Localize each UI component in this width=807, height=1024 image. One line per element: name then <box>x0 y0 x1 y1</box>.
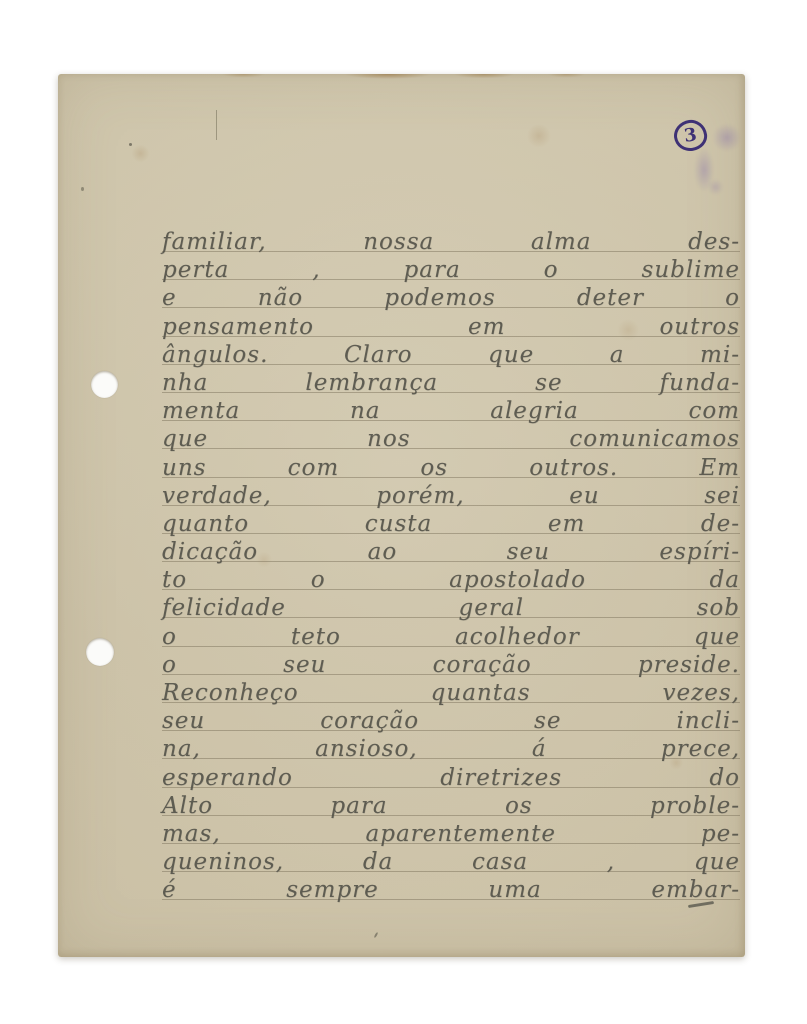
manuscript-line: o seu coração preside. <box>162 651 740 679</box>
manuscript-line: dicação ao seu espíri- <box>162 538 740 566</box>
manuscript-line: e não podemos deter o <box>162 284 740 312</box>
manuscript-line: na, ansioso, á prece, <box>162 735 740 763</box>
paper-speck <box>129 143 132 146</box>
scan-background: 3 familiar, nossa alma des- perta , para… <box>0 0 807 1024</box>
page-number-stamp: 3 <box>658 99 768 209</box>
manuscript-line: Alto para os proble- <box>162 792 740 820</box>
pencil-crease-mark <box>216 110 217 140</box>
manuscript-line: queninos, da casa , que <box>162 848 740 876</box>
manuscript-line: que nos comunicamos <box>162 425 740 453</box>
page-number: 3 <box>683 124 698 147</box>
paper-speck <box>81 187 84 191</box>
punch-hole-bottom <box>86 638 114 666</box>
handwritten-text: familiar, nossa alma des- perta , para o… <box>162 228 740 905</box>
pencil-tick-mark <box>374 932 379 938</box>
manuscript-line: verdade, porém, eu sei <box>162 482 740 510</box>
manuscript-page: 3 familiar, nossa alma des- perta , para… <box>58 74 745 957</box>
manuscript-line: é sempre uma embar- <box>162 876 740 904</box>
manuscript-line: felicidade geral sob <box>162 594 740 622</box>
manuscript-line: mas, aparentemente pe- <box>162 820 740 848</box>
manuscript-line: quanto custa em de- <box>162 510 740 538</box>
manuscript-line: o teto acolhedor que <box>162 623 740 651</box>
manuscript-line: pensamento em outros <box>162 313 740 341</box>
manuscript-line: familiar, nossa alma des- <box>162 228 740 256</box>
manuscript-line: Reconheço quantas vezes, <box>162 679 740 707</box>
manuscript-line: uns com os outros. Em <box>162 454 740 482</box>
manuscript-line: esperando diretrizes do <box>162 764 740 792</box>
manuscript-line: ângulos. Claro que a mi- <box>162 341 740 369</box>
manuscript-line: perta , para o sublime <box>162 256 740 284</box>
punch-hole-top <box>91 371 118 398</box>
manuscript-line: to o apostolado da <box>162 566 740 594</box>
manuscript-line: menta na alegria com <box>162 397 740 425</box>
manuscript-line: nha lembrança se funda- <box>162 369 740 397</box>
manuscript-line: seu coração se incli- <box>162 707 740 735</box>
